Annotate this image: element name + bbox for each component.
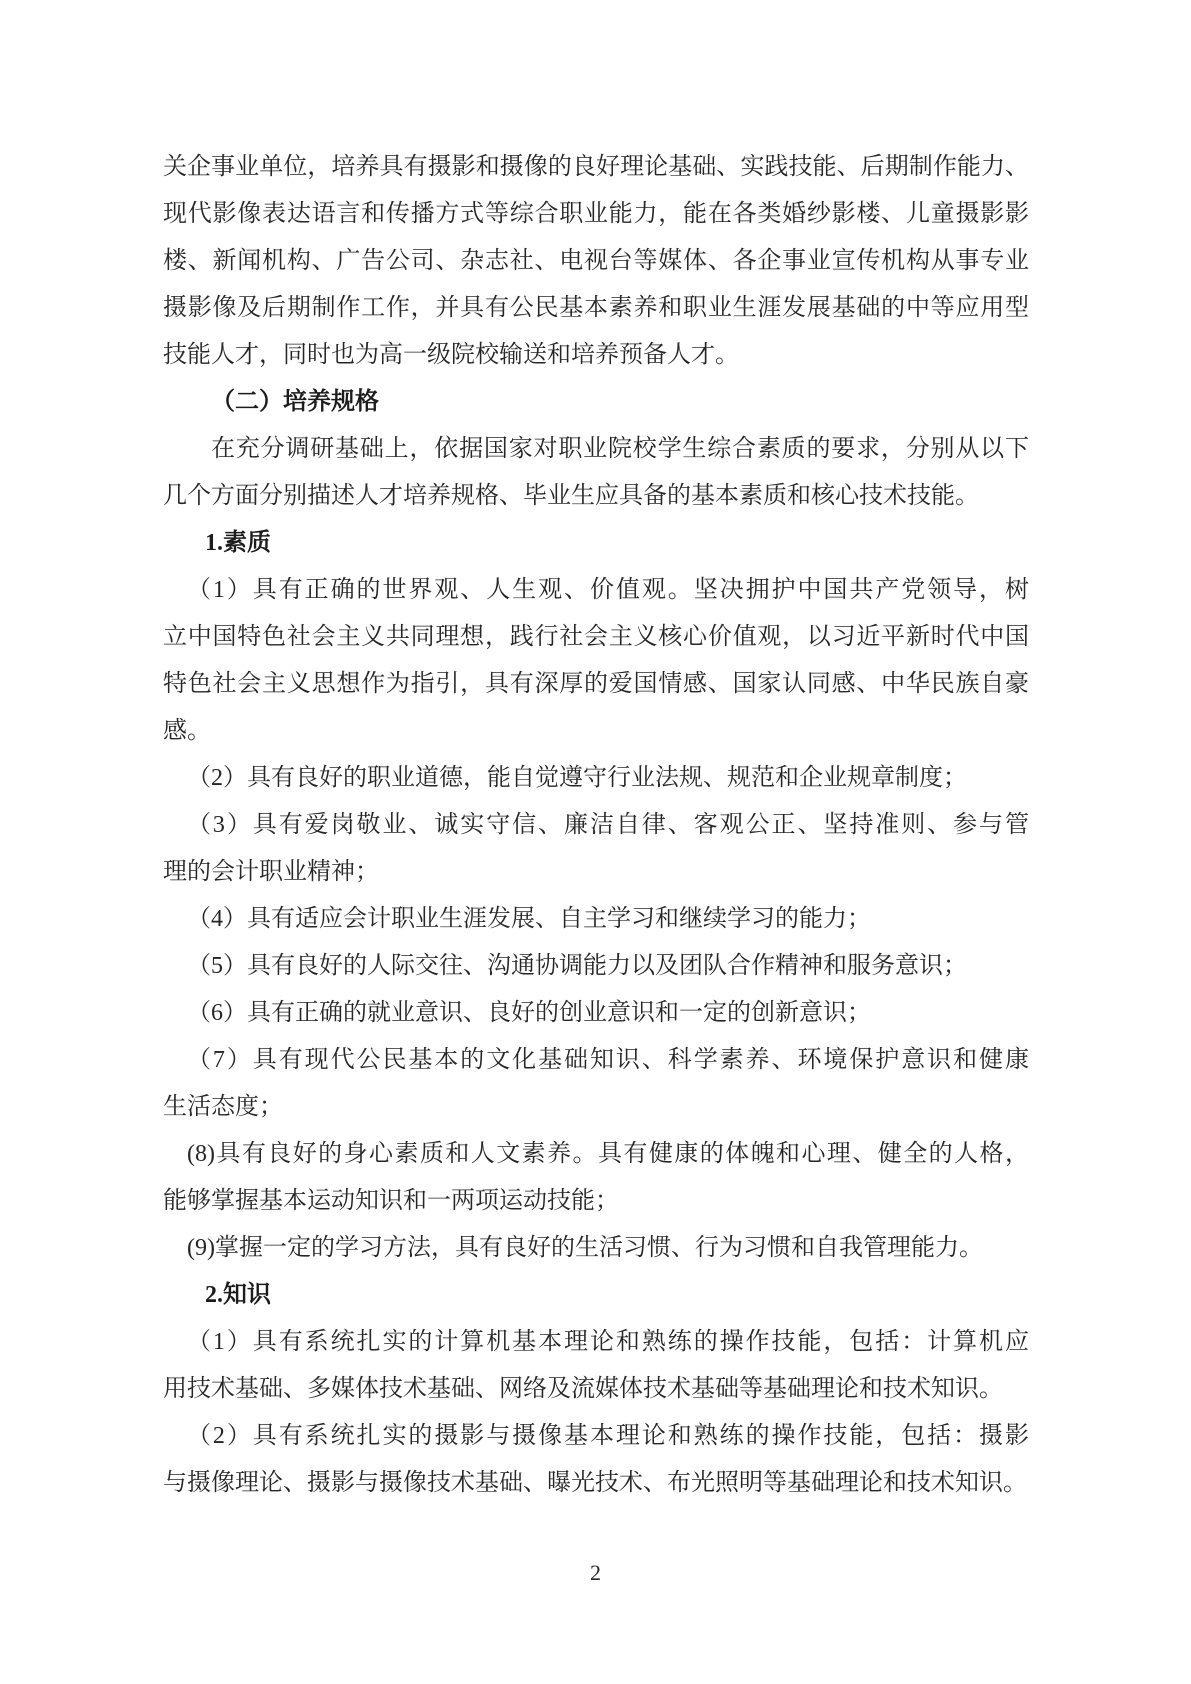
- text-line: （2）具有系统扎实的摄影与摄像基本理论和熟练的操作技能，包括：摄影: [163, 1413, 1029, 1460]
- knowledge-item-2: （2）具有系统扎实的摄影与摄像基本理论和熟练的操作技能，包括：摄影与摄像理论、摄…: [163, 1413, 1029, 1507]
- text-line: 感。: [163, 708, 1029, 755]
- document-page: 关企事业单位，培养具有摄影和摄像的良好理论基础、实践技能、后期制作能力、现代影像…: [0, 0, 1191, 1684]
- text-line: （2）具有良好的职业道德，能自觉遵守行业法规、规范和企业规章制度；: [163, 755, 1029, 802]
- quality-item-7: （7）具有现代公民基本的文化基础知识、科学素养、环境保护意识和健康生活态度；: [163, 1037, 1029, 1131]
- text-line: 立中国特色社会主义共同理想，践行社会主义核心价值观，以习近平新时代中国: [163, 614, 1029, 661]
- heading-2-knowledge: 2.知识: [163, 1272, 1029, 1319]
- text-line: (9)掌握一定的学习方法，具有良好的生活习惯、行为习惯和自我管理能力。: [163, 1225, 1029, 1272]
- section-heading-training-specs: （二）培养规格: [163, 379, 1029, 426]
- quality-item-2: （2）具有良好的职业道德，能自觉遵守行业法规、规范和企业规章制度；: [163, 755, 1029, 802]
- text-line: 摄影像及后期制作工作，并具有公民基本素养和职业生涯发展基础的中等应用型: [163, 285, 1029, 332]
- text-line: （7）具有现代公民基本的文化基础知识、科学素养、环境保护意识和健康: [163, 1037, 1029, 1084]
- text-line: 几个方面分别描述人才培养规格、毕业生应具备的基本素质和核心技术技能。: [163, 473, 1029, 520]
- intro-paragraph: 在充分调研基础上，依据国家对职业院校学生综合素质的要求，分别从以下几个方面分别描…: [163, 426, 1029, 520]
- knowledge-item-1: （1）具有系统扎实的计算机基本理论和熟练的操作技能，包括：计算机应用技术基础、多…: [163, 1319, 1029, 1413]
- text-line: （1）具有系统扎实的计算机基本理论和熟练的操作技能，包括：计算机应: [163, 1319, 1029, 1366]
- text-line: （4）具有适应会计职业生涯发展、自主学习和继续学习的能力；: [163, 896, 1029, 943]
- quality-item-9: (9)掌握一定的学习方法，具有良好的生活习惯、行为习惯和自我管理能力。: [163, 1225, 1029, 1272]
- quality-item-1: （1）具有正确的世界观、人生观、价值观。坚决拥护中国共产党领导，树立中国特色社会…: [163, 567, 1029, 755]
- quality-item-8: (8)具有良好的身心素质和人文素养。具有健康的体魄和心理、健全的人格，能够掌握基…: [163, 1131, 1029, 1225]
- text-line: （二）培养规格: [163, 379, 1029, 426]
- document-body: 关企事业单位，培养具有摄影和摄像的良好理论基础、实践技能、后期制作能力、现代影像…: [163, 144, 1029, 1507]
- text-line: 用技术基础、多媒体技术基础、网络及流媒体技术基础等基础理论和技术知识。: [163, 1366, 1029, 1413]
- text-line: （1）具有正确的世界观、人生观、价值观。坚决拥护中国共产党领导，树: [163, 567, 1029, 614]
- text-line: （5）具有良好的人际交往、沟通协调能力以及团队合作精神和服务意识；: [163, 943, 1029, 990]
- text-line: （6）具有正确的就业意识、良好的创业意识和一定的创新意识；: [163, 990, 1029, 1037]
- text-line: 与摄像理论、摄影与摄像技术基础、曝光技术、布光照明等基础理论和技术知识。: [163, 1460, 1029, 1507]
- text-line: 能够掌握基本运动知识和一两项运动技能；: [163, 1178, 1029, 1225]
- quality-item-3: （3）具有爱岗敬业、诚实守信、廉洁自律、客观公正、坚持准则、参与管理的会计职业精…: [163, 802, 1029, 896]
- text-line: 特色社会主义思想作为指引，具有深厚的爱国情感、国家认同感、中华民族自豪: [163, 661, 1029, 708]
- quality-item-4: （4）具有适应会计职业生涯发展、自主学习和继续学习的能力；: [163, 896, 1029, 943]
- text-line: 理的会计职业精神；: [163, 849, 1029, 896]
- text-line: 1.素质: [163, 520, 1029, 567]
- page-number: 2: [590, 1560, 601, 1585]
- text-line: 2.知识: [163, 1272, 1029, 1319]
- text-line: (8)具有良好的身心素质和人文素养。具有健康的体魄和心理、健全的人格，: [163, 1131, 1029, 1178]
- text-line: 在充分调研基础上，依据国家对职业院校学生综合素质的要求，分别从以下: [163, 426, 1029, 473]
- text-line: （3）具有爱岗敬业、诚实守信、廉洁自律、客观公正、坚持准则、参与管: [163, 802, 1029, 849]
- text-line: 生活态度；: [163, 1084, 1029, 1131]
- quality-item-6: （6）具有正确的就业意识、良好的创业意识和一定的创新意识；: [163, 990, 1029, 1037]
- quality-item-5: （5）具有良好的人际交往、沟通协调能力以及团队合作精神和服务意识；: [163, 943, 1029, 990]
- heading-1-quality: 1.素质: [163, 520, 1029, 567]
- text-line: 现代影像表达语言和传播方式等综合职业能力，能在各类婚纱影楼、儿童摄影影: [163, 191, 1029, 238]
- text-line: 楼、新闻机构、广告公司、杂志社、电视台等媒体、各企事业宣传机构从事专业: [163, 238, 1029, 285]
- text-line: 技能人才，同时也为高一级院校输送和培养预备人才。: [163, 332, 1029, 379]
- text-line: 关企事业单位，培养具有摄影和摄像的良好理论基础、实践技能、后期制作能力、: [163, 144, 1029, 191]
- continued-paragraph: 关企事业单位，培养具有摄影和摄像的良好理论基础、实践技能、后期制作能力、现代影像…: [163, 144, 1029, 379]
- page-footer: 2: [0, 1558, 1191, 1588]
